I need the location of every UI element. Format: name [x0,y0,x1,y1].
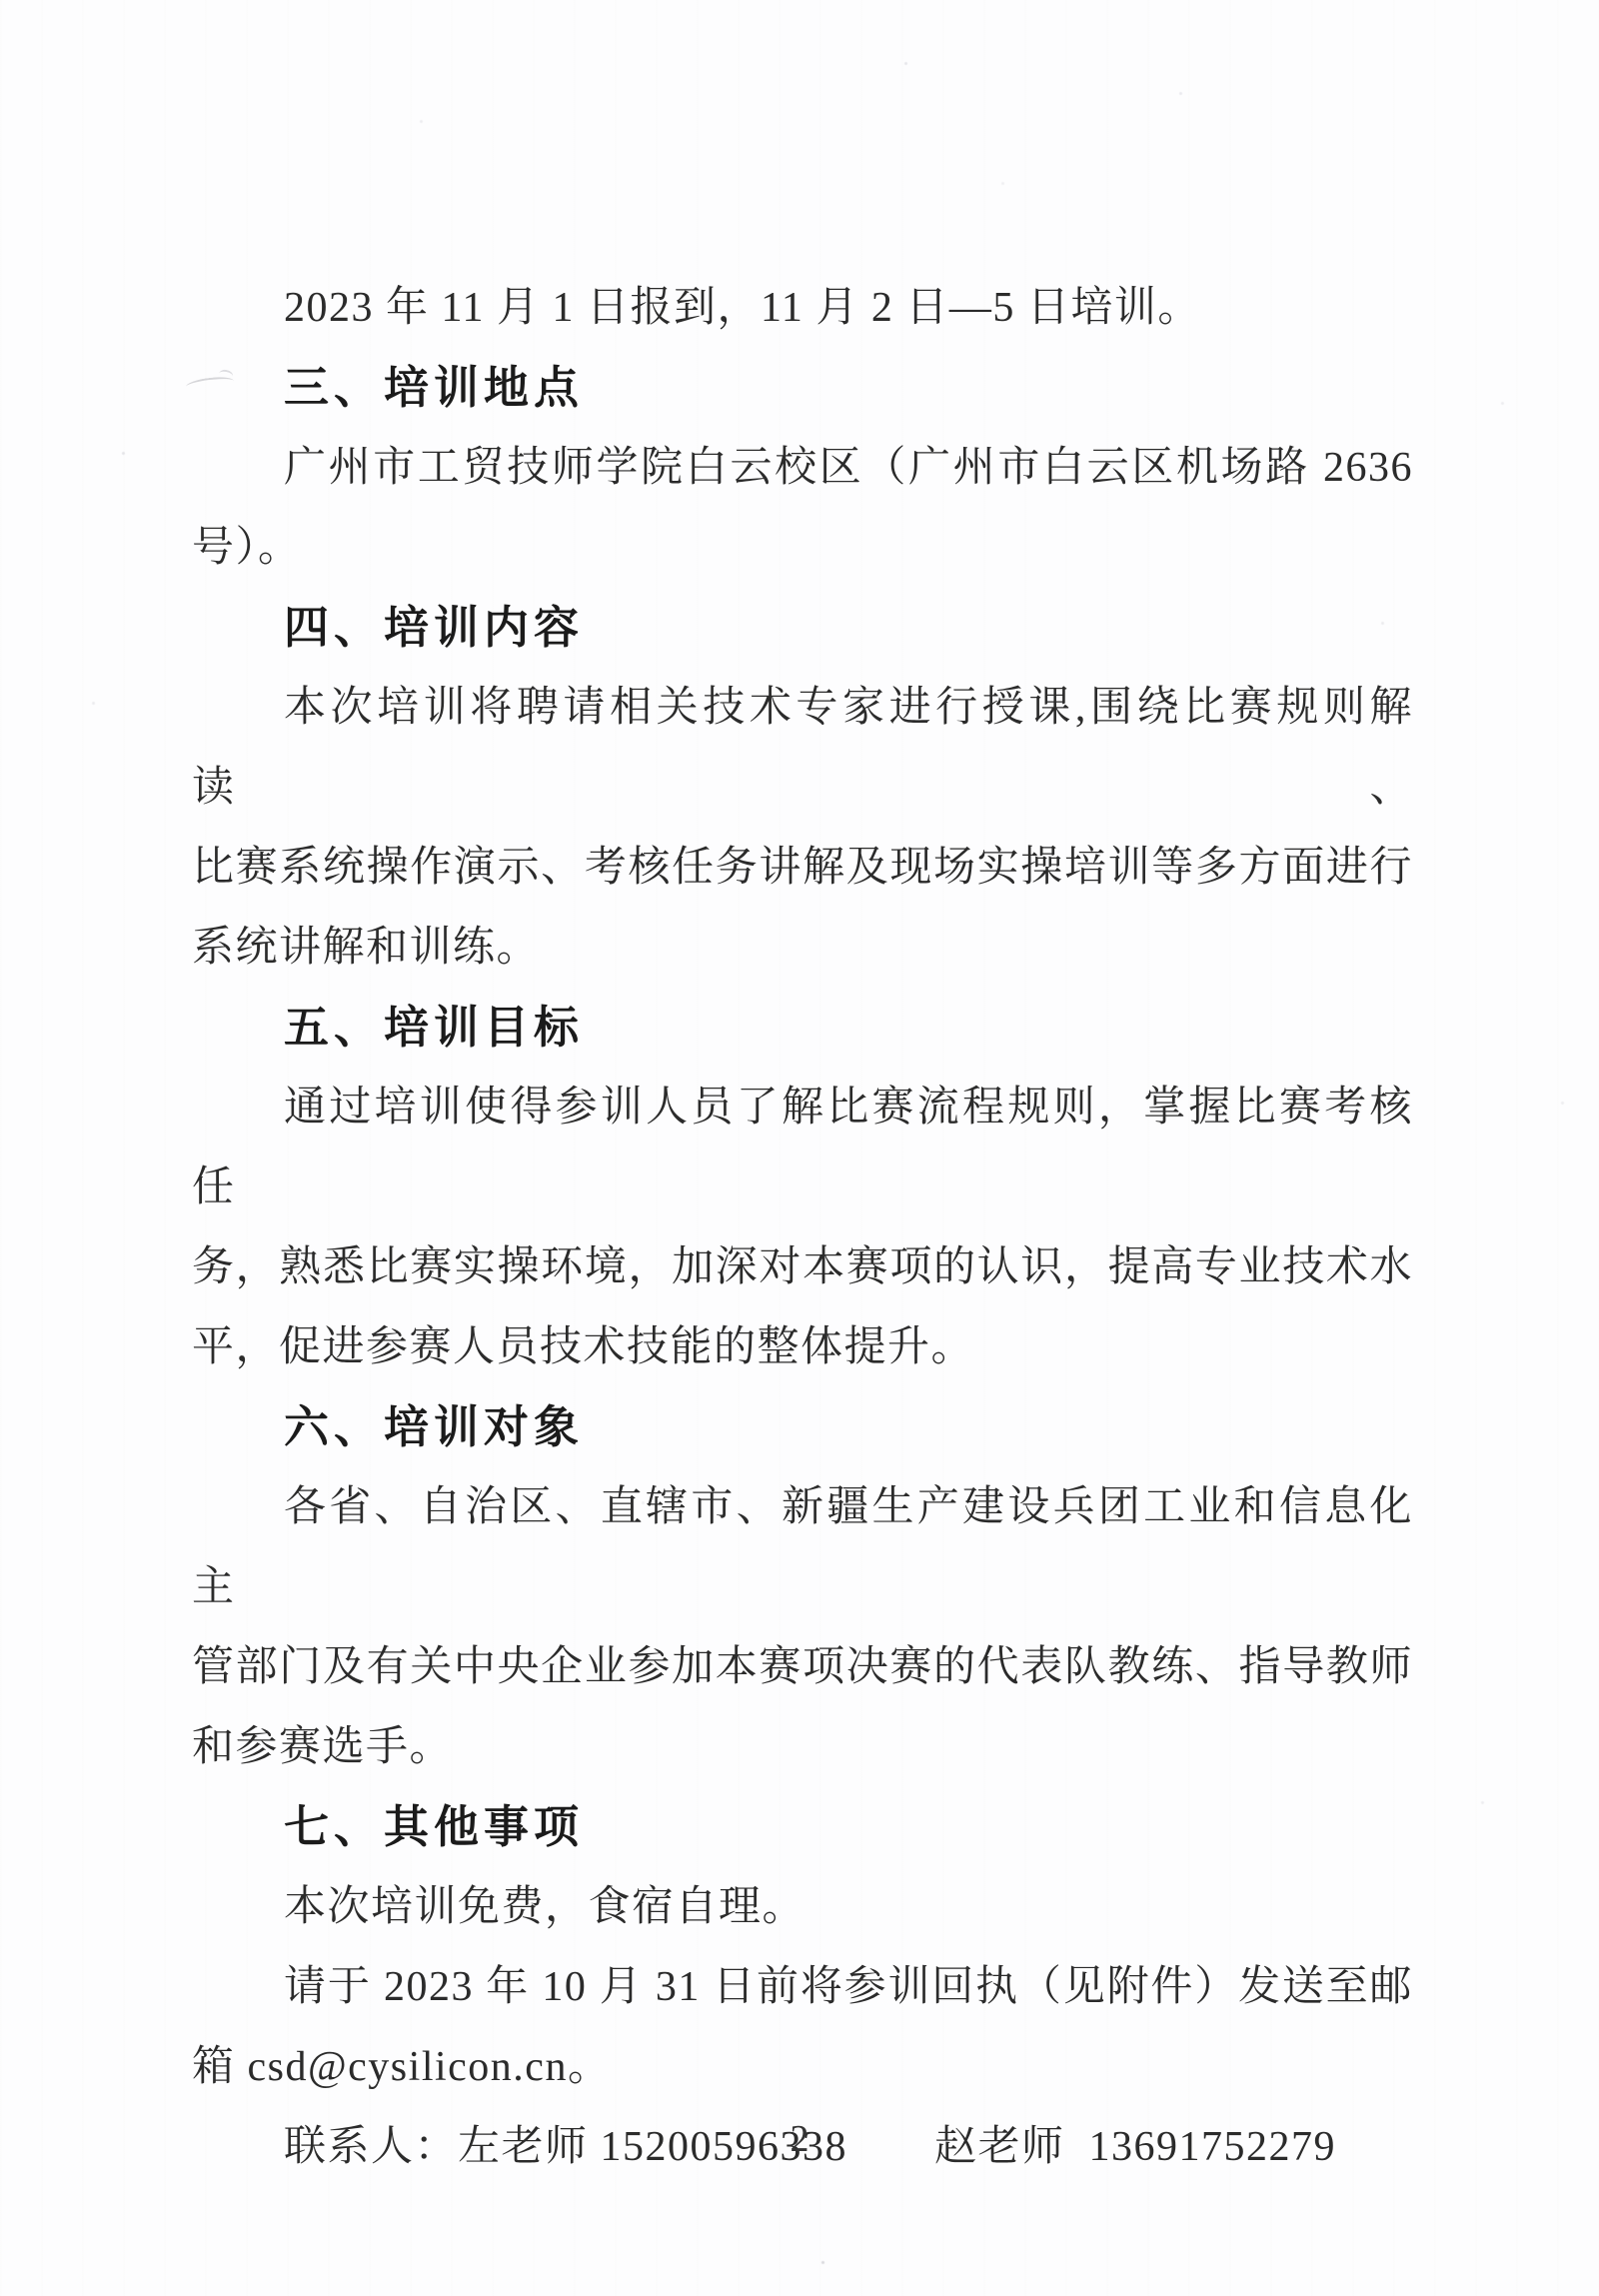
heading-training-location: 三、培训地点 [192,348,1413,428]
body-line-reply-1: 请于 2023 年 10 月 31 日前将参训回执（见附件）发送至邮 [192,1947,1413,2027]
heading-training-content: 四、培训内容 [192,588,1413,668]
body-line-goal-1: 通过培训使得参训人员了解比赛流程规则，掌握比赛考核任 [192,1068,1413,1227]
body-line-content-1: 本次培训将聘请相关技术专家进行授课,围绕比赛规则解读、 [192,668,1413,828]
body-line-goal-3: 平，促进参赛人员技术技能的整体提升。 [192,1307,1413,1387]
body-line-schedule: 2023 年 11 月 1 日报到，11 月 2 日—5 日培训。 [192,268,1413,348]
heading-training-audience: 六、培训对象 [192,1387,1413,1467]
scan-speckles [0,0,3,3]
page-number: 2 [0,2117,1599,2161]
scanned-page: 2023 年 11 月 1 日报到，11 月 2 日—5 日培训。 三、培训地点… [0,0,1599,2296]
body-line-content-3: 系统讲解和训练。 [192,908,1413,988]
body-line-content-2: 比赛系统操作演示、考核任务讲解及现场实操培训等多方面进行 [192,828,1413,908]
body-line-reply-email: 箱 csd@cysilicon.cn。 [192,2027,1413,2107]
body-line-audience-1: 各省、自治区、直辖市、新疆生产建设兵团工业和信息化主 [192,1467,1413,1627]
document-body: 2023 年 11 月 1 日报到，11 月 2 日—5 日培训。 三、培训地点… [192,268,1413,2187]
body-line-audience-2: 管部门及有关中央企业参加本赛项决赛的代表队教练、指导教师 [192,1627,1413,1707]
body-line-fee: 本次培训免费，食宿自理。 [192,1867,1413,1947]
body-line-location-1: 广州市工贸技师学院白云校区（广州市白云区机场路 2636 [192,428,1413,508]
heading-training-goal: 五、培训目标 [192,988,1413,1068]
body-line-audience-3: 和参赛选手。 [192,1707,1413,1787]
heading-other-matters: 七、其他事项 [192,1787,1413,1867]
body-line-location-2: 号）。 [192,508,1413,588]
body-line-goal-2: 务，熟悉比赛实操环境，加深对本赛项的认识，提高专业技术水 [192,1227,1413,1307]
